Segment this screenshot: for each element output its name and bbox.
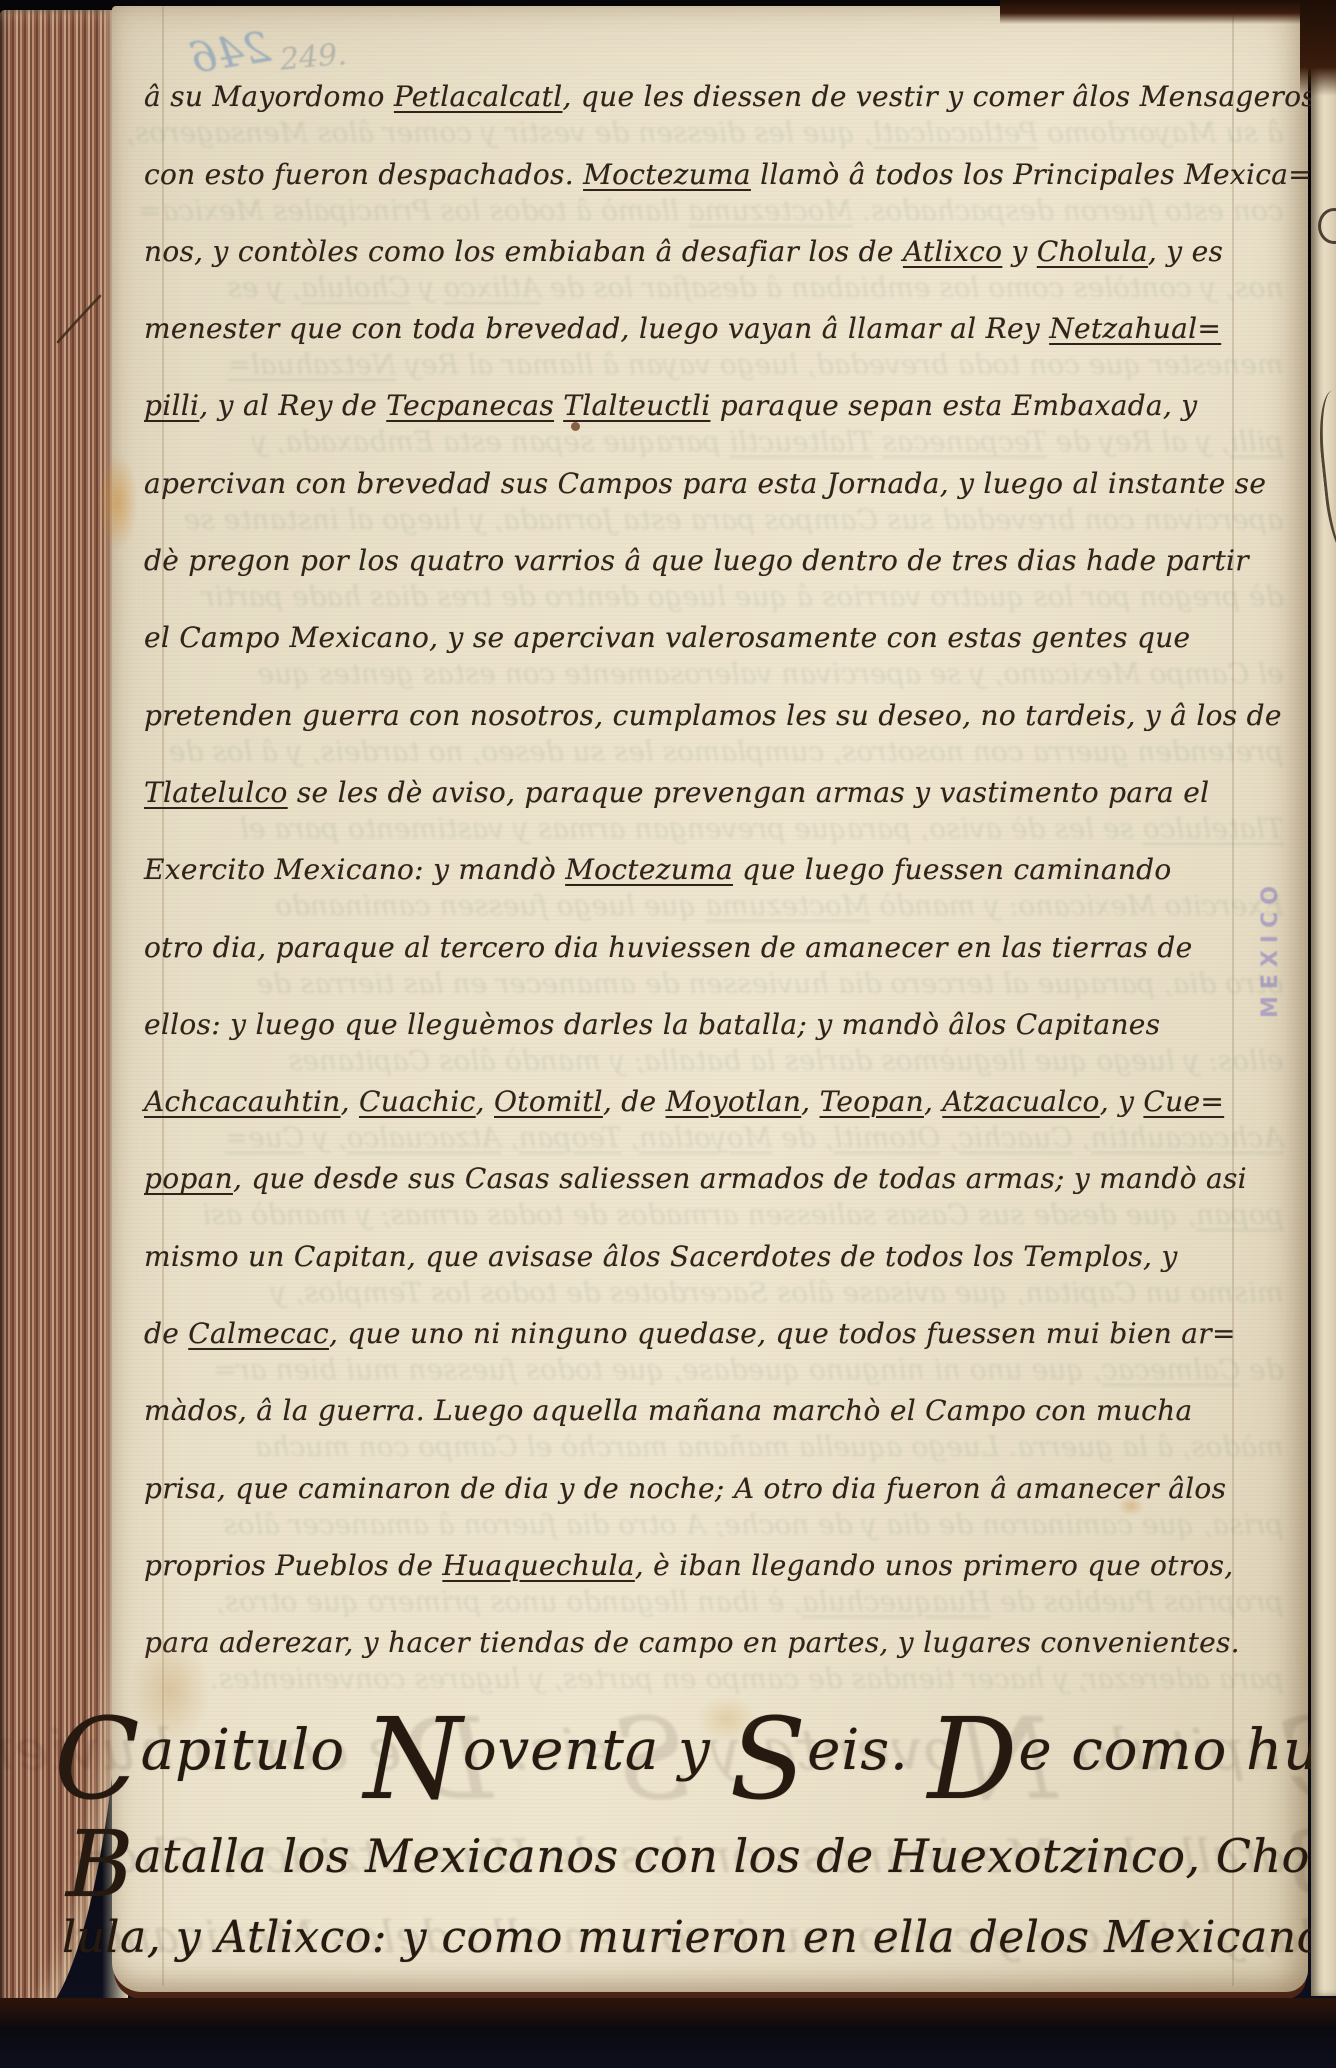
underlined-proper-noun: Moctezuma (565, 853, 733, 886)
text-segment: D (402, 1695, 493, 1825)
text-segment: , y al Rey de (199, 389, 386, 422)
text-segment: atalla los Mexicanos con los de Huexotzi… (71, 1829, 1286, 1883)
text-segment: , de (603, 1085, 666, 1118)
underlined-proper-noun: popan (144, 1162, 233, 1195)
text-segment: apitulo (141, 1718, 364, 1783)
text-segment (554, 389, 563, 422)
binding-bottom-shadow (0, 1998, 1336, 2068)
text-segment: e como huvieron (1018, 1718, 1336, 1783)
text-segment: atalla los Mexicanos con los de Huexotzi… (134, 1829, 1336, 1883)
next-page-text-fragment (1314, 389, 1336, 562)
text-segment: para aderezar, y hacer tiendas de campo … (210, 1662, 1284, 1695)
text-segment: , que les diessen de vestir y comer âlos… (563, 80, 1326, 113)
text-segment: , è iban llegando unos primero que otros… (635, 1549, 1234, 1582)
text-segment: lula, y Atlixco: y como murieron en ella… (73, 1912, 1336, 1963)
underlined-proper-noun: pilli (144, 389, 199, 422)
underlined-proper-noun: Calmecac (188, 1317, 329, 1350)
text-segment: para aderezar, y hacer tiendas de campo … (144, 1626, 1240, 1659)
underlined-proper-noun: Teopan (820, 1085, 924, 1118)
text-segment: , y (1100, 1085, 1144, 1118)
photographed-manuscript-scene: â su Mayordomo Petlacalcatl, que les die… (0, 0, 1336, 2068)
underlined-proper-noun: Petlacalcatl (394, 80, 563, 113)
text-segment: proprios Pueblos de (144, 1549, 442, 1582)
text-segment: , (341, 1085, 359, 1118)
text-segment: de (144, 1317, 188, 1350)
text-segment: y (1002, 235, 1037, 268)
text-segment: ellos: y luego que lleguèmos darles la b… (144, 1008, 1160, 1041)
underlined-proper-noun: Atlixco (903, 235, 1002, 268)
paper-stain (697, 1696, 757, 1742)
text-segment: S (730, 1695, 808, 1825)
text-segment: màdos, â la guerra. Luego aquella mañana… (144, 1394, 1192, 1427)
text-segment: mismo un Capitan, que avisase âlos Sacer… (144, 1240, 1178, 1273)
text-segment: N (957, 1695, 1056, 1825)
text-segment: con esto fueron despachados. (144, 158, 583, 191)
text-segment: menester que con toda brevedad, luego va… (144, 312, 1049, 345)
text-segment: oventa y (463, 1718, 730, 1783)
underlined-proper-noun: Moyotlan (666, 1085, 802, 1118)
text-segment: apitulo (1056, 1718, 1279, 1783)
text-segment: el Campo Mexicano, y se apercivan valero… (144, 621, 1190, 654)
next-page-edge (1311, 0, 1336, 1996)
manuscript-page: â su Mayordomo Petlacalcatl, que les die… (112, 6, 1308, 1992)
underlined-proper-noun: Netzahual= (1049, 312, 1221, 345)
text-segment: que luego fuessen caminando (733, 853, 1172, 886)
text-segment: D (928, 1695, 1019, 1825)
underlined-proper-noun: Achcacauhtin (144, 1085, 341, 1118)
text-segment: eis. (807, 1718, 927, 1783)
library-stamp: MEXICO (1258, 768, 1283, 1018)
text-segment: se les dè aviso, paraque prevengan armas… (288, 776, 1210, 809)
text-segment: N (364, 1695, 463, 1825)
underlined-proper-noun: Atzacualco (942, 1085, 1099, 1118)
text-segment: apercivan con brevedad sus Campos para e… (144, 467, 1266, 500)
text-segment: llamò â todos los Principales Mexica= (751, 158, 1312, 191)
text-segment: prisa, que caminaron de dia y de noche; … (144, 1472, 1226, 1505)
text-segment: , que desde sus Casas saliessen armados … (233, 1162, 1247, 1195)
next-page-text-fragment (1318, 208, 1336, 244)
binding-leather-top (1000, 0, 1306, 24)
underlined-proper-noun: Cuachic (359, 1085, 476, 1118)
text-segment: nos, y contòles como los embiaban â desa… (144, 235, 903, 268)
text-segment: , (924, 1085, 942, 1118)
text-segment: , y es (1148, 235, 1223, 268)
binding-leather-corner (1300, 0, 1336, 96)
text-segment: otro dia, paraque al tercero dia huviess… (144, 931, 1193, 964)
underlined-proper-noun: Tlatelulco (144, 776, 288, 809)
text-segment: dè pregon por los quatro varrios â que l… (144, 544, 1249, 577)
underlined-proper-noun: Cue= (1143, 1085, 1224, 1118)
text-segment: Exercito Mexicano: y mandò (144, 853, 565, 886)
text-segment: eis. (492, 1718, 612, 1783)
text-segment: oventa y (690, 1718, 957, 1783)
margin-pen-mark (52, 288, 110, 350)
text-segment: , (476, 1085, 494, 1118)
manuscript-body-text: â su Mayordomo Petlacalcatl, que les die… (144, 36, 1325, 1659)
text-segment: lula, y Atlixco: y como murieron en ella… (62, 1912, 1336, 1963)
underlined-proper-noun: Tlalteuctli (563, 389, 710, 422)
text-segment: , que uno ni ninguno quedase, que todos … (329, 1317, 1236, 1350)
underlined-proper-noun: Huaquechula (442, 1549, 634, 1582)
text-segment: paraque sepan esta Embaxada, y (711, 389, 1198, 422)
underlined-proper-noun: Tecpanecas (386, 389, 554, 422)
text-segment: â su Mayordomo (144, 80, 394, 113)
underlined-proper-noun: Cholula (1037, 235, 1148, 268)
text-segment: S (613, 1695, 691, 1825)
underlined-proper-noun: Moctezuma (583, 158, 751, 191)
underlined-proper-noun: Otomitl (494, 1085, 603, 1118)
text-segment: , (801, 1085, 819, 1118)
text-segment: pretenden guerra con nosotros, cumplamos… (144, 699, 1282, 732)
